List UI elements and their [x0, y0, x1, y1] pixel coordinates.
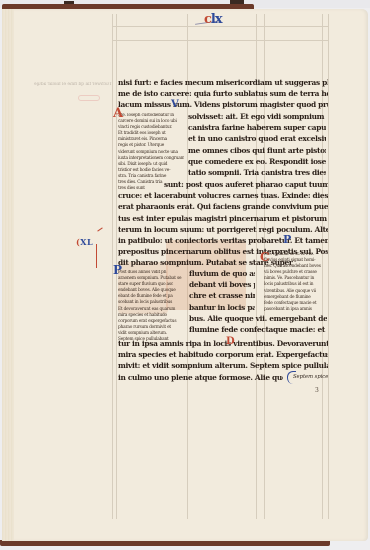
text-line: tur in ipsa amnis ripa in locis virentib…	[118, 338, 328, 349]
text-line: et in uno canistro quod erat excelsius p…	[188, 133, 326, 144]
text-line: chre et crasse nimis: et pasce-	[189, 290, 255, 301]
chapter-number: (XL	[76, 237, 93, 247]
gloss-line: viderunt sompnium nocte una	[118, 150, 184, 156]
gloss-line: corporum erat expergefactus	[118, 319, 184, 325]
quire-mark: 3	[315, 387, 319, 394]
gloss-lower-left: Post duos annos vidit ph araonem sompniu…	[118, 270, 184, 343]
main-text-split-column: fluvium de quo ascen- debant vii boves p…	[189, 268, 255, 313]
ruling-line	[328, 14, 329, 519]
text-line: que comedere ex eo. Respondit ioseph: he…	[188, 156, 326, 167]
text-line: erat pharaonis erat. Qui faciens grande …	[118, 201, 328, 212]
red-initial-gloss-right: C	[260, 250, 270, 264]
ruling-line	[112, 40, 328, 41]
text-line: fluvium de quo ascen-	[189, 268, 255, 279]
text-line: lacum missus sum. Videns pistorum magist…	[118, 99, 328, 110]
clasp-top-left	[64, 1, 74, 4]
main-text-block: nisi furt: e facies mecum misericordiam …	[118, 77, 328, 111]
catchword: Septem spice	[293, 374, 328, 380]
text-line: solvisset: ait. Et ego vidi sompnium quo…	[188, 111, 326, 122]
gloss-line: virentibus. Alie quoque vii	[264, 289, 322, 295]
text-line: sunt: post quos auferet pharao caput tuu…	[118, 179, 328, 190]
text-line: cruce: et lacerabunt volucres carnes tua…	[118, 190, 328, 201]
folio-number: clx	[204, 12, 222, 27]
blue-initial-v: V	[171, 99, 179, 110]
show-through-rubric	[78, 95, 100, 101]
page-fore-edges	[2, 9, 14, 541]
gloss-line: fede confectaque macie et	[264, 301, 322, 307]
text-line: tatio sompnii. Tria canistra tres dies a…	[188, 167, 326, 178]
folio-number-red: c	[204, 12, 211, 27]
text-line: terum in locum suum: ut porrigeret regi …	[118, 224, 328, 235]
text-line: bantur in locis palustri-	[189, 302, 255, 313]
chapter-number-text: XL	[80, 237, 93, 247]
folio-number-blue: lx	[211, 12, 222, 27]
text-line: mivit: et vidit sompnium alterum. Septem…	[118, 360, 328, 371]
text-line: bus. Alie quoque vii. emergebant de	[189, 313, 327, 324]
text-line: me omnes cibos qui fiunt arte pistoria. …	[188, 145, 326, 156]
text-line: nisi furt: e facies mecum misericordiam …	[118, 77, 328, 88]
text-line: flumine fede confectaque macie: et pasce…	[189, 324, 327, 335]
gloss-line: pascebant in ipsa amnis	[264, 307, 322, 313]
text-line: canistra farine haberem super caput meum…	[188, 122, 326, 133]
clasp-top-right	[230, 0, 244, 4]
show-through-text: Tuchwer fai qd mne el niolar aduje	[34, 82, 112, 87]
text-line: me de isto carcere: quia furto sublatus …	[118, 88, 328, 99]
text-line: mira species et habitudo corporum erat. …	[118, 349, 328, 360]
red-initial-d: D	[226, 336, 235, 347]
gloss-line: Et devoraverunt eas quarum	[118, 307, 184, 313]
blue-initial-p: P	[283, 233, 291, 246]
red-initial-gloss: A	[113, 106, 123, 121]
main-text-column-right: solvisset: ait. Et ego vidi sompnium quo…	[188, 111, 326, 178]
main-text-split-wide: bus. Alie quoque vii. emergebant de flum…	[189, 313, 327, 335]
gloss-line: iuxta interpretationem congruam	[118, 156, 184, 162]
gloss-right: Ste. Putabat se st. fl. Flu. fluvius egi…	[264, 252, 322, 313]
blue-initial-gloss: P	[113, 263, 122, 277]
text-line: lacum missus sum. Videns pistorum magist…	[118, 100, 328, 109]
text-line: in culmo uno plene atque formose. Alie q…	[118, 372, 283, 383]
text-line: in patibulo: ut coniectoris veritas prob…	[118, 235, 328, 246]
chapter-flourish	[96, 244, 97, 268]
text-line: tus est inter epulas magistri pincernaru…	[118, 213, 328, 224]
text-line: debant vii boves pul-	[189, 279, 255, 290]
